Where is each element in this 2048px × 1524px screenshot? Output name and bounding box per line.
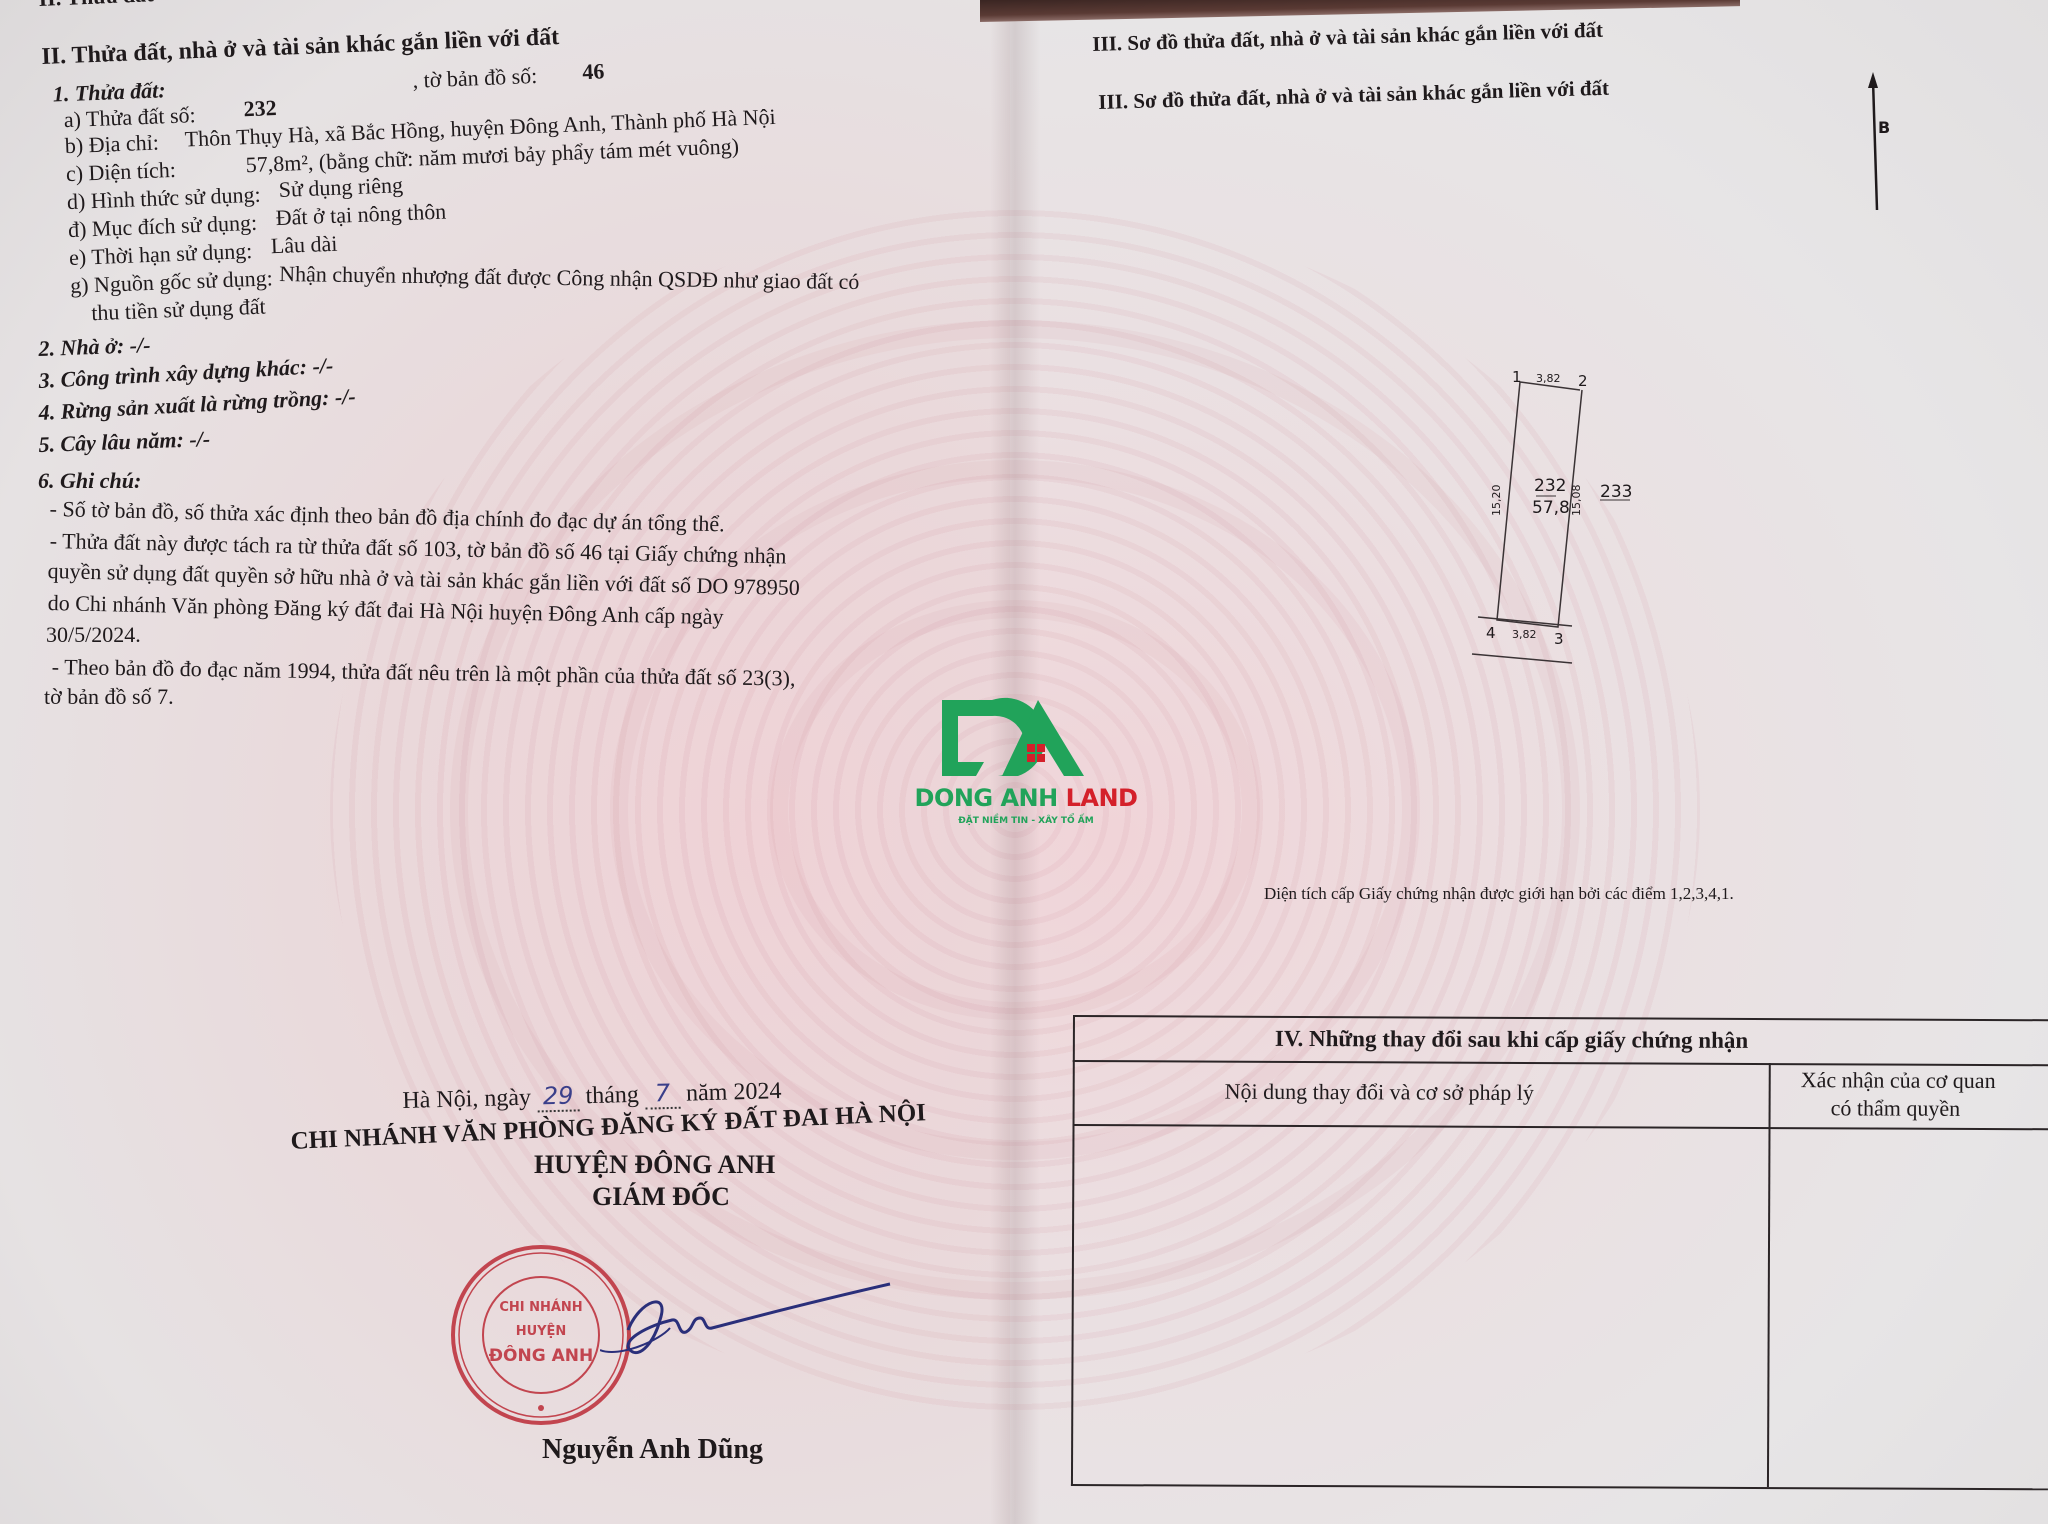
neighbor-parcel-label: 233	[1600, 482, 1632, 502]
signoff-org-line2: HUYỆN ĐÔNG ANH	[534, 1150, 775, 1180]
da-monogram-icon	[906, 692, 1146, 792]
point-label: 3	[1554, 630, 1564, 648]
changes-table-header: Nội dung thay đổi và cơ sở pháp lý Xác n…	[1073, 1060, 2048, 1130]
item-house: 2. Nhà ở: -/-	[38, 332, 151, 362]
signoff-month: 7	[644, 1079, 680, 1110]
changes-table-title: IV. Những thay đổi sau khi cấp giấy chứn…	[1275, 1026, 1748, 1054]
point-label: 1	[1512, 368, 1522, 386]
edge-length-bottom: 3,82	[1512, 628, 1537, 641]
note-line: 30/5/2024.	[46, 622, 141, 648]
field-label-area: c) Diện tích:	[65, 157, 176, 187]
changes-table: IV. Những thay đổi sau khi cấp giấy chứn…	[1071, 1015, 2048, 1489]
signature	[600, 1270, 900, 1380]
map-sheet-value: 46	[582, 58, 605, 85]
parcel-area-label: 57,8	[1532, 498, 1570, 518]
edge-length-top: 3,82	[1536, 372, 1561, 385]
signoff-title: GIÁM ĐỐC	[592, 1182, 730, 1212]
field-value-term: Lâu dài	[270, 231, 338, 260]
north-label: B	[1878, 118, 1890, 137]
column-header-authority-confirm-line2: có thẩm quyền	[1831, 1095, 1961, 1122]
changes-table-body	[1071, 1124, 2048, 1490]
changes-table-title-row: IV. Những thay đổi sau khi cấp giấy chứn…	[1073, 1015, 2048, 1066]
column-header-change-content: Nội dung thay đổi và cơ sở pháp lý	[1225, 1079, 1534, 1106]
dong-anh-land-logo: DONG ANH LAND ĐẶT NIỀM TIN - XÂY TỔ ẤM	[906, 692, 1146, 832]
point-label: 4	[1486, 624, 1496, 642]
signoff-day: 29	[537, 1081, 580, 1112]
field-label-parcel-number: a) Thửa đất số:	[63, 102, 196, 133]
boundary-note: Diện tích cấp Giấy chứng nhận được giới …	[1264, 884, 1734, 904]
signer-name: Nguyễn Anh Dũng	[542, 1434, 763, 1466]
field-label-address: b) Địa chỉ:	[64, 130, 159, 160]
column-header-authority-confirm-line1: Xác nhận của cơ quan	[1801, 1067, 1996, 1094]
field-value-usage-form: Sử dụng riêng	[278, 172, 403, 203]
edge-length-right: 15,08	[1570, 485, 1583, 517]
notes-label: 6. Ghi chú:	[38, 468, 141, 494]
parcel-number-label: 232	[1534, 476, 1566, 496]
edge-length-left: 15,20	[1490, 485, 1503, 517]
north-arrow-icon	[1860, 70, 1890, 220]
logo-tagline: ĐẶT NIỀM TIN - XÂY TỔ ẤM	[906, 816, 1146, 826]
field-value-parcel-number: 232	[243, 95, 277, 122]
parcel-diagram: 1 2 3 4 3,82 3,82 15,20 15,08 232 57,8 2…	[1440, 340, 1720, 680]
map-sheet-label: , tờ bản đồ số:	[412, 63, 538, 94]
point-label: 2	[1578, 372, 1588, 390]
note-line: tờ bản đồ số 7.	[44, 684, 174, 710]
logo-wordmark: DONG ANH LAND	[906, 784, 1146, 812]
